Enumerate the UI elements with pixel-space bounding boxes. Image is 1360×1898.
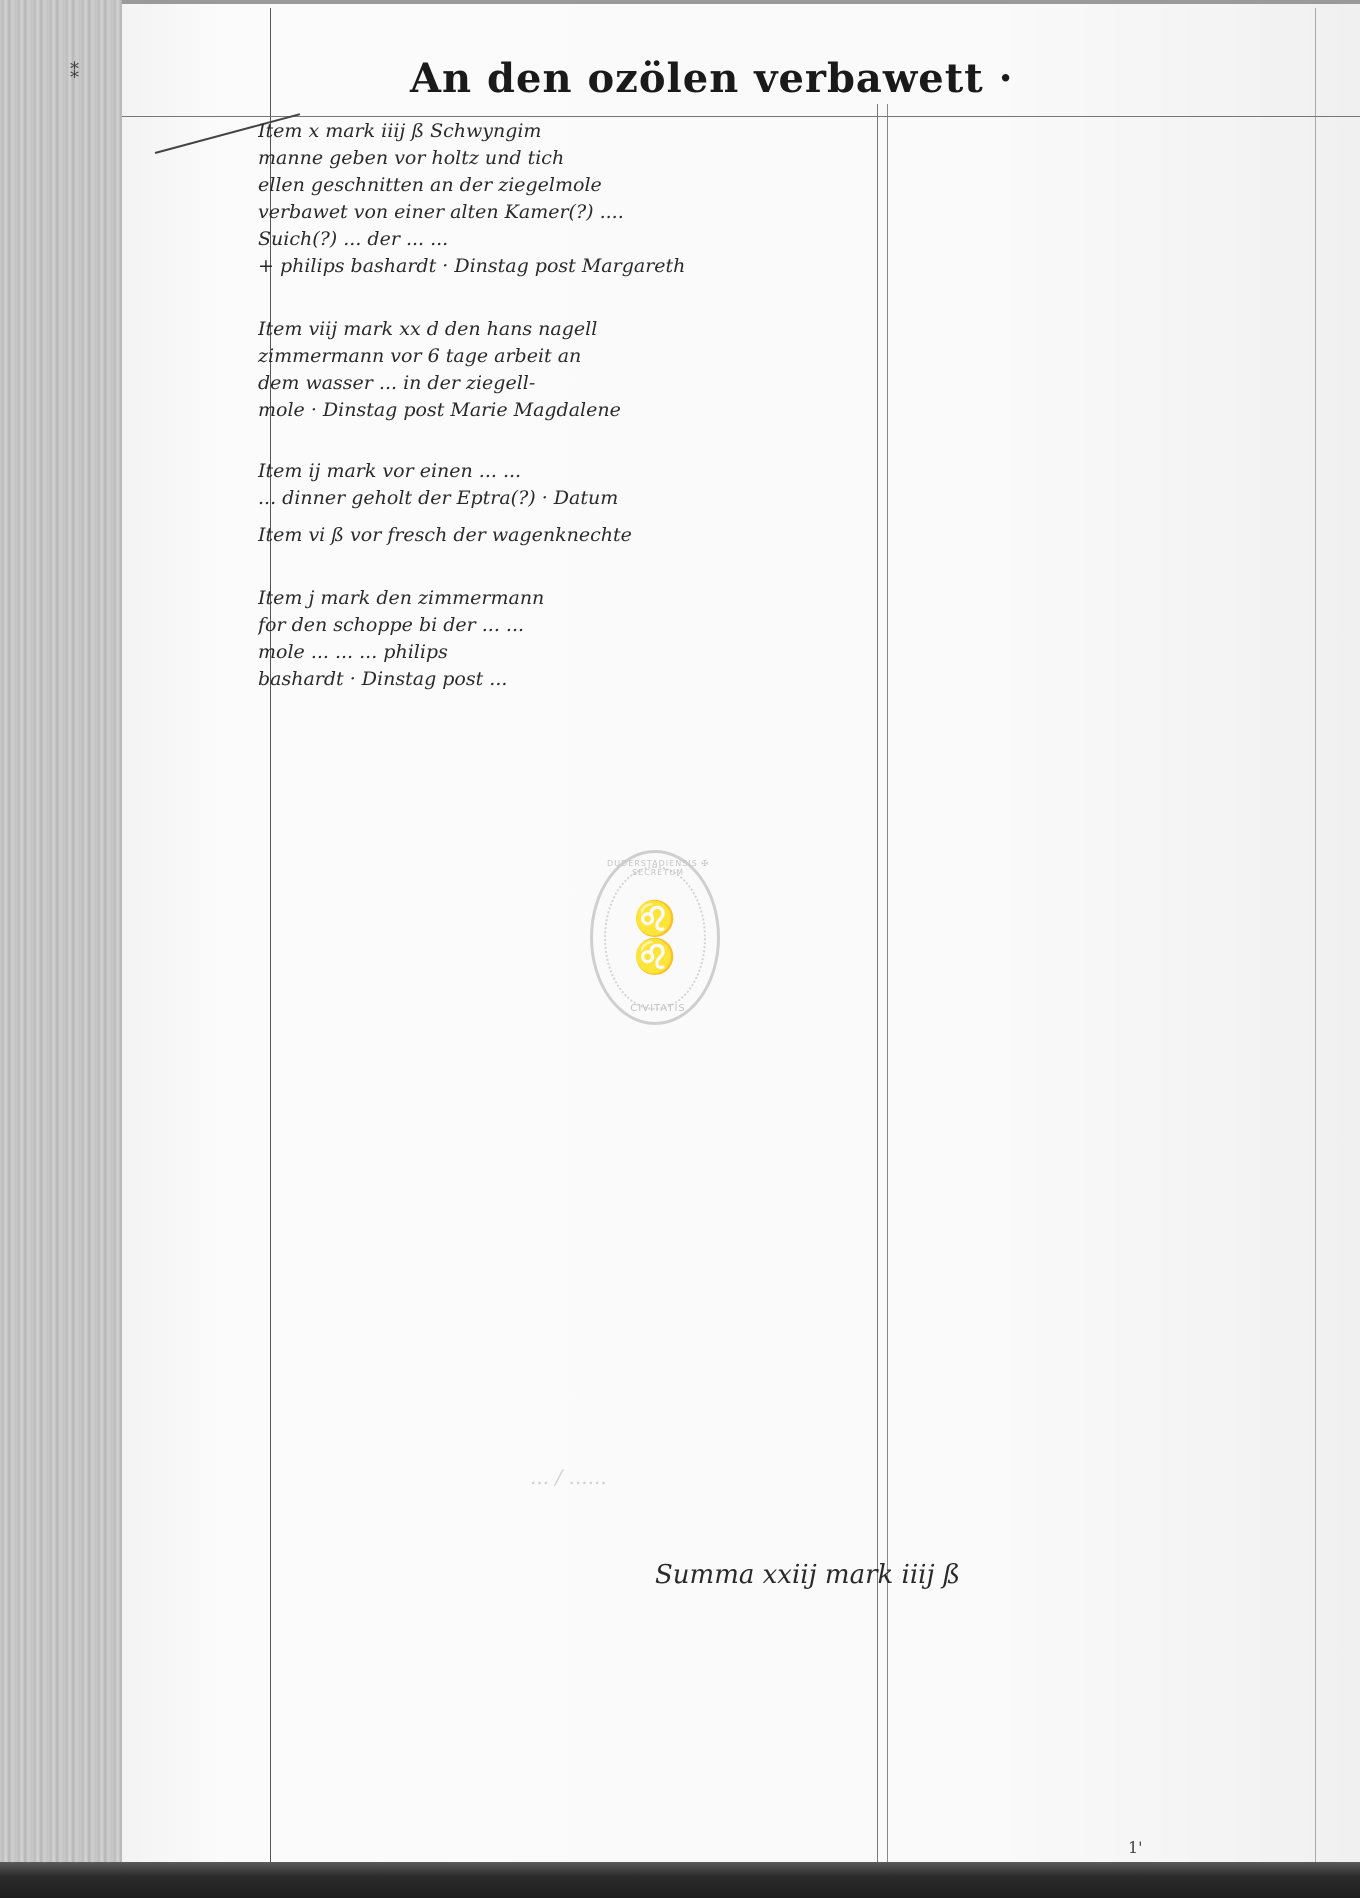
seal-legend-bottom: CIVITATIS xyxy=(593,1003,723,1014)
entry-line: Item x mark iiij ß Schwyngim xyxy=(258,118,858,145)
entry-line: for den schoppe bi der ... ... xyxy=(258,612,858,639)
page-heading: An den ozölen verbawett · xyxy=(410,55,1014,102)
faded-offset-text: ... / ...... xyxy=(530,1465,607,1489)
entry-line: manne geben vor holtz und tich xyxy=(258,145,858,172)
entry-line: Item ij mark vor einen ... ... xyxy=(258,458,858,485)
entry-line: dem wasser ... in der ziegell- xyxy=(258,370,858,397)
page-corner-mark: 1' xyxy=(1128,1838,1143,1857)
entry-line: Item viij mark xx d den hans nagell xyxy=(258,316,858,343)
entry-line: ellen geschnitten an der ziegelmole xyxy=(258,172,858,199)
seal-field: ♌ ♌ xyxy=(604,866,706,1010)
binding-mark: ⁑ xyxy=(70,62,79,83)
entry-1: Item x mark iiij ß Schwyngim manne geben… xyxy=(258,118,858,280)
library-stamp-seal: ♌ ♌ DUDERSTADIENSIS ✠ SECRETUM CIVITATIS xyxy=(590,850,720,1025)
entry-line: Item vi ß vor fresch der wagenknechte xyxy=(258,522,858,549)
seal-legend-top: DUDERSTADIENSIS ✠ SECRETUM xyxy=(603,859,713,877)
total-summa: Summa xxiij mark iiij ß xyxy=(655,1560,960,1590)
right-margin-rule xyxy=(1315,8,1316,1870)
entry-line: + philips bashardt · Dinstag post Margar… xyxy=(258,253,858,280)
entry-line: Suich(?) ... der ... ... xyxy=(258,226,858,253)
lion-icon: ♌ xyxy=(634,900,676,938)
book-bottom-edge xyxy=(0,1862,1360,1898)
lion-icon: ♌ xyxy=(634,938,676,976)
entry-4: Item j mark den zimmermann for den schop… xyxy=(258,585,858,693)
entry-line: zimmermann vor 6 tage arbeit an xyxy=(258,343,858,370)
entry-line: verbawet von einer alten Kamer(?) .... xyxy=(258,199,858,226)
header-rule xyxy=(122,116,1360,117)
entry-line: mole ... ... ... philips xyxy=(258,639,858,666)
column-rule-2 xyxy=(887,104,888,1870)
column-rule-1 xyxy=(877,104,878,1870)
entry-3: Item ij mark vor einen ... ... ... dinne… xyxy=(258,458,858,549)
left-margin-rule xyxy=(270,8,271,1870)
entry-2: Item viij mark xx d den hans nagell zimm… xyxy=(258,316,858,424)
entry-line: Item j mark den zimmermann xyxy=(258,585,858,612)
entry-line: mole · Dinstag post Marie Magdalene xyxy=(258,397,858,424)
entry-line: bashardt · Dinstag post ... xyxy=(258,666,858,693)
entry-line: ... dinner geholt der Eptra(?) · Datum xyxy=(258,485,858,512)
book-fore-edge xyxy=(0,0,127,1898)
